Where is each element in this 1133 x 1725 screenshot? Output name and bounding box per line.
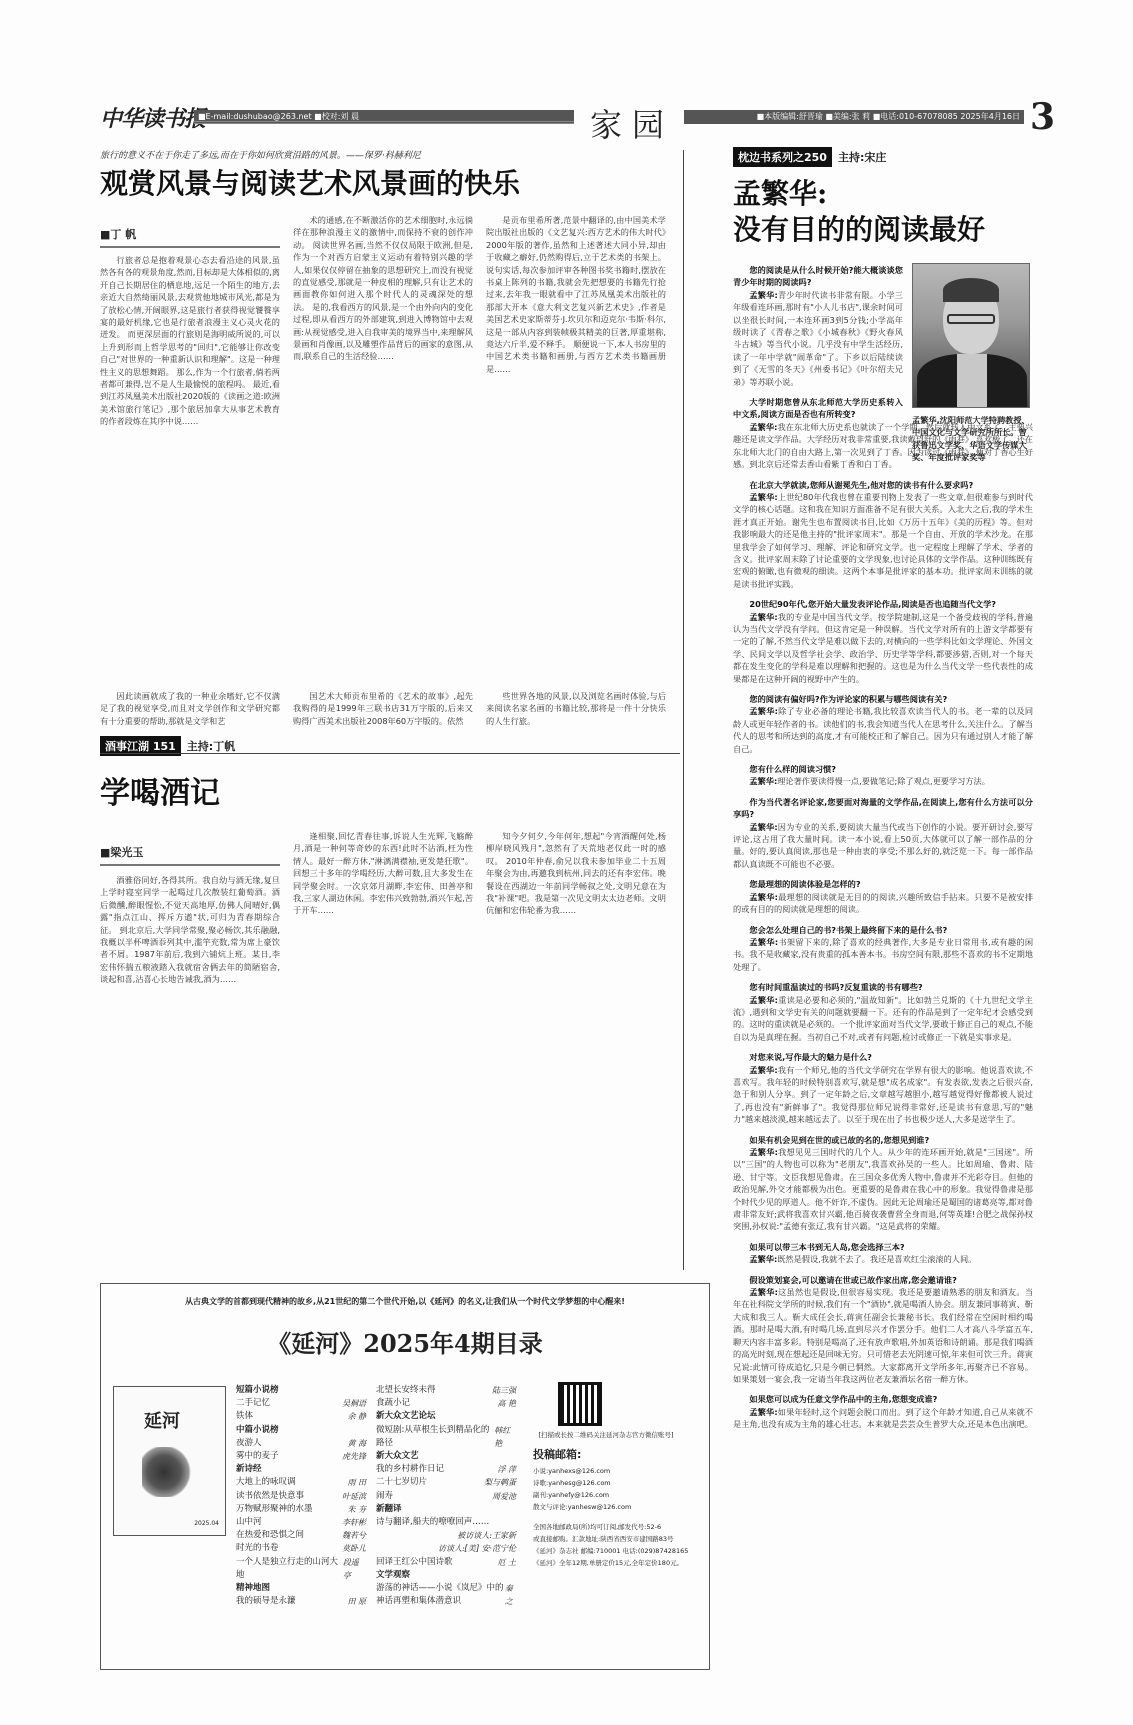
masthead-editor-bar: ■本版编辑:舒晋瑜 ■美编:张 莉 ■电话:010-67078085 2025年… [684,110,1024,124]
toc-item-author: 虎先锋 [342,1450,366,1463]
toc-item: 游荡的神话——小说《岚尼》中的神话再塑和集体潜意识秦 之 [376,1582,516,1608]
toc-item-author: 田 原 [347,1595,366,1608]
interview-question: 如果有机会见到在世的或已故的名的,您想见到谁? [733,1134,1033,1146]
toc-item: 微短剧:从草根生长到精品化的路径韩红艳 [376,1424,516,1450]
page-number: 3 [1030,96,1055,138]
qr-caption: [扫描或长按二维码关注延河杂志官方微信账号] [521,1430,691,1439]
epigraph-quote: 旅行的意义不在于你走了多远,而在于你如何欣赏沿路的风景。——保罗·科赫利尼 [100,148,421,161]
toc-item-author: 被访谈人:王家新 [457,1529,516,1542]
toc-item: 万物赋形聚神的水墨朱 夯 [236,1503,366,1516]
article-column-2: 术的通感,在不断激活你的艺术细胞时,永远徜徉在那种浪漫主义的激情中,而保持不衰的… [293,214,473,674]
toc-item-author: 周爱池 [492,1490,516,1503]
ad-slogan: 从古典文学的首都到现代精神的故乡,从21世纪的第二个世代开始,以《延河》的名义,… [101,1296,709,1307]
toc-item: 我的硕导是永濂田 原 [236,1595,366,1608]
interview-question: 在北京大学就读,您师从谢冕先生,他对您的读书有什么要求吗? [733,479,1033,491]
toc-item: 雾中的麦子虎先锋 [236,1450,366,1463]
toc-item-author: 厄 土 [497,1556,516,1569]
interview-answer: 孟繁华:我有一个师兄,他的当代文学研究在学界有很大的影响。他说喜欢读,不喜欢写。… [733,1064,1033,1126]
toc-item-title: 万物赋形聚神的水墨 [236,1503,313,1516]
toc-item-author: 李轩彬 [342,1516,366,1529]
submission-email: 诗歌:yanhesg@126.com [533,1477,703,1489]
interview-question: 20世纪90年代,您开始大量发表评论作品,阅读是否也追随当代文学? [733,598,1033,610]
toc-item-title: 时光的书卷 [236,1542,279,1555]
submission-email: 小说:yanhexs@126.com [533,1465,703,1477]
toc-item-title: 回译王红公中国诗歌 [376,1556,453,1569]
toc-section: 新大众文艺论坛 [376,1410,516,1423]
masthead: 中华读书报 ■E-mail:dushubao@263.net ■校对:刘 晨 家… [100,100,1060,140]
article-column-3: 是贡布里希所著,范景中翻译的,由中国美术学院出版社出版的《文艺复兴:西方艺术的伟… [486,214,666,674]
interview-question: 您会怎么处理自己的书?书架上最终留下来的是什么书? [733,924,1033,936]
toc-item: 二手记忆吴桐语 [236,1397,366,1410]
submission-info: 投稿邮箱: 小说:yanhexs@126.com诗歌:yanhesg@126.c… [533,1449,703,1569]
toc-item: 被访谈人:王家新 [376,1529,516,1542]
toc-section: 中篇小说榜 [236,1424,366,1437]
cover-issue: 2025.04 [194,1520,219,1527]
toc-item-author: 访谈人:[美] 安·范宁伦 [438,1542,516,1555]
interview-body: 您的阅读是从什么时候开始?能大概谈谈您青少年时期的阅读吗?孟繁华:青少年时代读书… [733,256,1033,1666]
interview-answer: 孟繁华:既然是假设,我就不去了。我还是喜欢红尘滚滚的人间。 [733,1253,1033,1265]
interview-question: 如果可以带三本书到无人岛,您会选择三本? [733,1241,1033,1253]
interview-answer: 孟繁华:因为专业的关系,要阅读大量当代或当下创作的小说。要开研讨会,要写评论,这… [733,821,1033,871]
submit-title: 投稿邮箱: [533,1449,703,1461]
toc-item-title: 诗与翻译,船夫的嘹嘹回声…… [376,1516,489,1529]
interview-answer: 孟繁华:我想见见三国时代的几个人。从少年的连环画开始,就是"三国迷"。所以"三国… [733,1146,1033,1233]
column-divider [683,150,684,1270]
toc-item-author: 吴桐语 [342,1397,366,1410]
toc-item-author: 浮 萍 [497,1463,516,1476]
toc-item: 诗与翻译,船夫的嘹嘹回声…… [376,1516,516,1529]
toc-section: 新大众文艺 [376,1450,516,1463]
interview-answer: 孟繁华:如果年轻时,这个问题会脱口而出。到了这个年龄才知道,自己从来就不是主角,… [733,1406,1033,1431]
toc-column-1: 短篇小说榜二手记忆吴桐语铁体余 静中篇小说榜夜游人黄 海雾中的麦子虎先锋新诗经大… [236,1384,366,1608]
section-title: 家园 [590,100,674,146]
toc-item-author: 叶延滨 [342,1490,366,1503]
interview-question: 您的阅读有偏好吗?作为评论家的积累与哪些阅读有关? [733,693,1033,705]
toc-section: 文学观察 [376,1569,516,1582]
toc-item: 食蔬小记高 艳 [376,1397,516,1410]
toc-item-author: 朱 夯 [347,1503,366,1516]
toc-item: 访谈人:[美] 安·范宁伦 [376,1542,516,1555]
interview-answer: 孟繁华:除了专业必备的理论书籍,我比较喜欢读当代人的书。老一辈的以及同龄人或更年… [733,705,1033,755]
toc-item-title: 铁体 [236,1410,253,1423]
interview-question: 对您来说,写作最大的魅力是什么? [733,1051,1033,1063]
toc-item-title: 微短剧:从草根生长到精品化的路径 [376,1424,494,1450]
newspaper-page: 中华读书报 ■E-mail:dushubao@263.net ■校对:刘 晨 家… [0,0,1133,1725]
toc-item: 回译王红公中国诗歌厄 土 [376,1556,516,1569]
series-host: 主持:宋庄 [838,149,886,165]
article-column-1: 行旅者总是抱着观景心态去看沿途的风景,虽然各有各的观景角度,然而,目标却是大体相… [100,254,280,674]
toc-item-author: 段遥亭 [343,1556,366,1582]
masthead-contact-bar: ■E-mail:dushubao@263.net ■校对:刘 晨 [194,110,574,124]
toc-section: 精神地图 [236,1582,366,1595]
toc-section: 短篇小说榜 [236,1384,366,1397]
newspaper-logo: 中华读书报 [100,102,205,133]
subscription-info: 《延河》杂志社 邮编:710001 电话:(029)87428165 [533,1545,703,1557]
article-byline: ■梁光玉 [100,844,280,866]
column-host: 主持:丁帆 [187,738,235,754]
toc-section: 新诗经 [236,1463,366,1476]
toc-item-title: 游荡的神话——小说《岚尼》中的神话再塑和集体潜意识 [376,1582,505,1608]
toc-item: 一个人是独立行走的山河大地段遥亭 [236,1556,366,1582]
article-byline: ■丁 帆 [100,226,280,248]
toc-item: 闹寿周爱池 [376,1490,516,1503]
article-column-2: 逢相聚,回忆青春往事,诉说人生光辉,飞觞醉月,酒是一种何等奇妙的东西!此时不沾酒… [293,830,473,1272]
toc-item-title: 北望长安终未得 [376,1384,436,1397]
toc-item-author: 高 艳 [497,1397,516,1410]
article-column-2-end: 国艺术大师贡布里希的《艺术的故事》,起先我购得的是1999年三联书店31万字版的… [293,690,473,730]
toc-item-title: 我的硕导是永濂 [236,1595,296,1608]
magazine-cover: 延河 2025.04 [113,1386,226,1536]
toc-item-title: 读书依然是快意事 [236,1490,304,1503]
interview-answer: 孟繁华:上世纪80年代我也曾在重要刊物上发表了一些文章,但很难参与到时代文学的核… [733,491,1033,590]
series-tag: 枕边书系列之250 主持:宋庄 [733,147,886,167]
toc-item-author: 黄 海 [347,1437,366,1450]
toc-item-author: 陆三强 [492,1384,516,1397]
interview-question: 您有时间重温读过的书吗?反复重读的书有哪些? [733,981,1033,993]
interview-answer: 孟繁华:重读是必要和必须的,"温故知新"。比如勃兰兑斯的《十九世纪文学主流》,遇… [733,994,1033,1044]
toc-item-title: 一个人是独立行走的山河大地 [236,1556,343,1582]
section-divider [100,753,680,754]
toc-item-title: 夜游人 [236,1437,262,1450]
toc-item-author: 秦 之 [505,1582,516,1608]
toc-item-title: 二手记忆 [236,1397,270,1410]
interview-question: 您的阅读是从什么时候开始?能大概谈谈您青少年时期的阅读吗? [733,264,903,289]
submission-email: 散文与评论:yanhesw@126.com [533,1501,703,1513]
interview-title: 孟繁华: 没有目的的阅读最好 [733,176,985,248]
toc-item: 时光的书卷莫卧儿 [236,1542,366,1555]
interview-question: 假设策划宴会,可以邀请在世或已故作家出席,您会邀请谁? [733,1274,1033,1286]
article-column-1-end: 因此读画就成了我的一种业余嗜好,它不仅满足了我的视觉享受,而且对文学创作和文学研… [100,690,280,730]
toc-item: 铁体余 静 [236,1410,366,1423]
article-title: 学喝酒记 [100,768,220,812]
qr-code-icon [558,1382,602,1426]
article-title: 观赏风景与阅读艺术风景画的快乐 [100,162,520,202]
toc-item: 北望长安终未得陆三强 [376,1384,516,1397]
toc-item: 山中河李轩彬 [236,1516,366,1529]
toc-item-title: 食蔬小记 [376,1397,410,1410]
toc-column-2: 北望长安终未得陆三强食蔬小记高 艳新大众文艺论坛微短剧:从草根生长到精品化的路径… [376,1384,516,1608]
toc-item: 我的乡村耕作日记浮 萍 [376,1463,516,1476]
toc-item-title: 山中河 [236,1516,262,1529]
interview-question: 您最理想的阅读体验是怎样的? [733,878,1033,890]
submission-email: 副刊:yanhefy@126.com [533,1489,703,1501]
toc-item-author: 魏若兮 [342,1529,366,1542]
subscription-info: 全国各地邮政局(所)均可订阅,邮发代号:52-6 [533,1521,703,1533]
ad-title: 《延河》2025年4期目录 [101,1324,709,1359]
article-column-1: 酒雅俗同好,各得其所。我自幼与酒无缘,复旦上学时寝室同学一起喝过几次散装红葡萄酒… [100,874,280,1272]
toc-item-title: 我的乡村耕作日记 [376,1463,444,1476]
toc-section: 新翻译 [376,1503,516,1516]
toc-item: 二十七岁切片梨与鹌蛋 [376,1476,516,1489]
article-column-3-end: 些世界各地的风景,以及浏览名画时体验,与后来阅读名家名画的书籍比较,那将是一件十… [486,690,666,730]
toc-item: 读书依然是快意事叶延滨 [236,1490,366,1503]
toc-item-title: 在热爱和恐惧之间 [236,1529,304,1542]
interview-question: 大学时期您曾从东北师范大学历史系转入中文系,阅读方面是否也有所转变? [733,396,903,421]
interview-answer: 孟繁华:理论著作要读得慢一点,要做笔记;除了观点,更要学习方法。 [733,775,1033,787]
interview-answer: 孟繁华:我在东北师大历史系也就读了一个学期。然后就转入中文系了。主要兴趣还是读文… [733,421,1033,471]
interview-answer: 孟繁华:书架留下来的,除了喜欢的经典著作,大多是专业日常用书,或有趣的闲书。我不… [733,936,1033,973]
series-label: 枕边书系列之250 [733,147,832,167]
toc-item: 夜游人黄 海 [236,1437,366,1450]
toc-item-author: 梨与鹌蛋 [484,1476,516,1489]
toc-item-title: 二十七岁切片 [376,1476,427,1489]
subscription-info: 或直接邮购。汇款地址:陕西省西安市建国路83号 [533,1533,703,1545]
interview-answer: 孟繁华:这虽然也是假设,但很容易实现。我还是要邀请熟悉的朋友和酒友。当年在社科院… [733,1286,1033,1385]
interview-question: 您有什么样的阅读习惯? [733,763,1033,775]
cover-title: 延河 [144,1407,180,1433]
toc-item: 在热爱和恐惧之间魏若兮 [236,1529,366,1542]
interview-question: 如果您可以成为任意文学作品中的主角,您想变成谁? [733,1393,1033,1405]
toc-item-title: 大地上的咏叹调 [236,1476,296,1489]
toc-item-author: 韩红艳 [494,1424,516,1450]
interview-answer: 孟繁华:我的专业是中国当代文学。按学院建制,这是一个备受歧视的学科,普遍认为当代… [733,611,1033,685]
toc-item-author: 雨 田 [347,1476,366,1489]
article-column-3: 知今夕何夕,今年何年,想起"今宵酒醒何处,杨柳岸晓风残月",忽然有了天荒地老仅此… [486,830,666,1272]
toc-item-author: 莫卧儿 [342,1542,366,1555]
yanhe-magazine-ad: 从古典文学的首都到现代精神的故乡,从21世纪的第二个世代开始,以《延河》的名义,… [100,1283,710,1670]
interview-question: 作为当代著名评论家,您要面对海量的文学作品,在阅读上,您有什么方法可以分享吗? [733,796,1033,821]
toc-item-author: 余 静 [347,1410,366,1423]
subscription-info: 《延河》全年12期,单册定价15元,全年定价180元。 [533,1557,703,1569]
toc-item: 大地上的咏叹调雨 田 [236,1476,366,1489]
toc-item-title: 雾中的麦子 [236,1450,279,1463]
interview-answer: 孟繁华:最理想的阅读就是无目的的阅读,兴趣所致信手拈来。只要不是被安排的或有目的… [733,891,1033,916]
phoenix-illustration-icon [142,1447,197,1497]
interview-answer: 孟繁华:青少年时代读书非常有限。小学三年级看连环画,那时有"小人儿书店",课余时… [733,289,903,388]
toc-item-title: 闹寿 [376,1490,393,1503]
